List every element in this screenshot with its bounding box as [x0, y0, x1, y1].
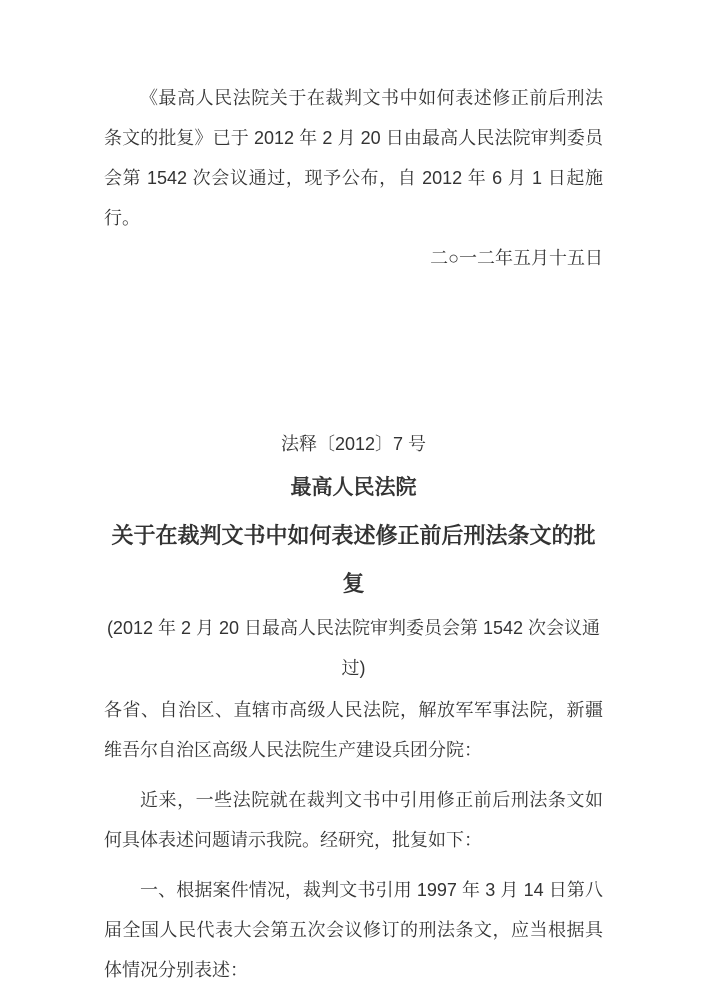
document-number: 法释〔2012〕7 号 [104, 424, 603, 464]
addressees-paragraph: 各省、自治区、直辖市高级人民法院，解放军军事法院，新疆维吾尔自治区高级人民法院生… [104, 690, 603, 770]
document-title: 关于在裁判文书中如何表述修正前后刑法条文的批复 [104, 512, 603, 608]
document-page: 《最高人民法院关于在裁判文书中如何表述修正前后刑法条文的批复》已于 2012 年… [0, 0, 707, 999]
promulgation-paragraph: 《最高人民法院关于在裁判文书中如何表述修正前后刑法条文的批复》已于 2012 年… [104, 78, 603, 238]
promulgation-date: 二○一二年五月十五日 [104, 238, 603, 278]
adoption-note: (2012 年 2 月 20 日最高人民法院审判委员会第 1542 次会议通过) [104, 608, 603, 688]
issuing-authority: 最高人民法院 [104, 464, 603, 512]
item-one-paragraph: 一、根据案件情况，裁判文书引用 1997 年 3 月 14 日第八届全国人民代表… [104, 870, 603, 990]
preamble-paragraph: 近来，一些法院就在裁判文书中引用修正前后刑法条文如何具体表述问题请示我院。经研究… [104, 780, 603, 860]
